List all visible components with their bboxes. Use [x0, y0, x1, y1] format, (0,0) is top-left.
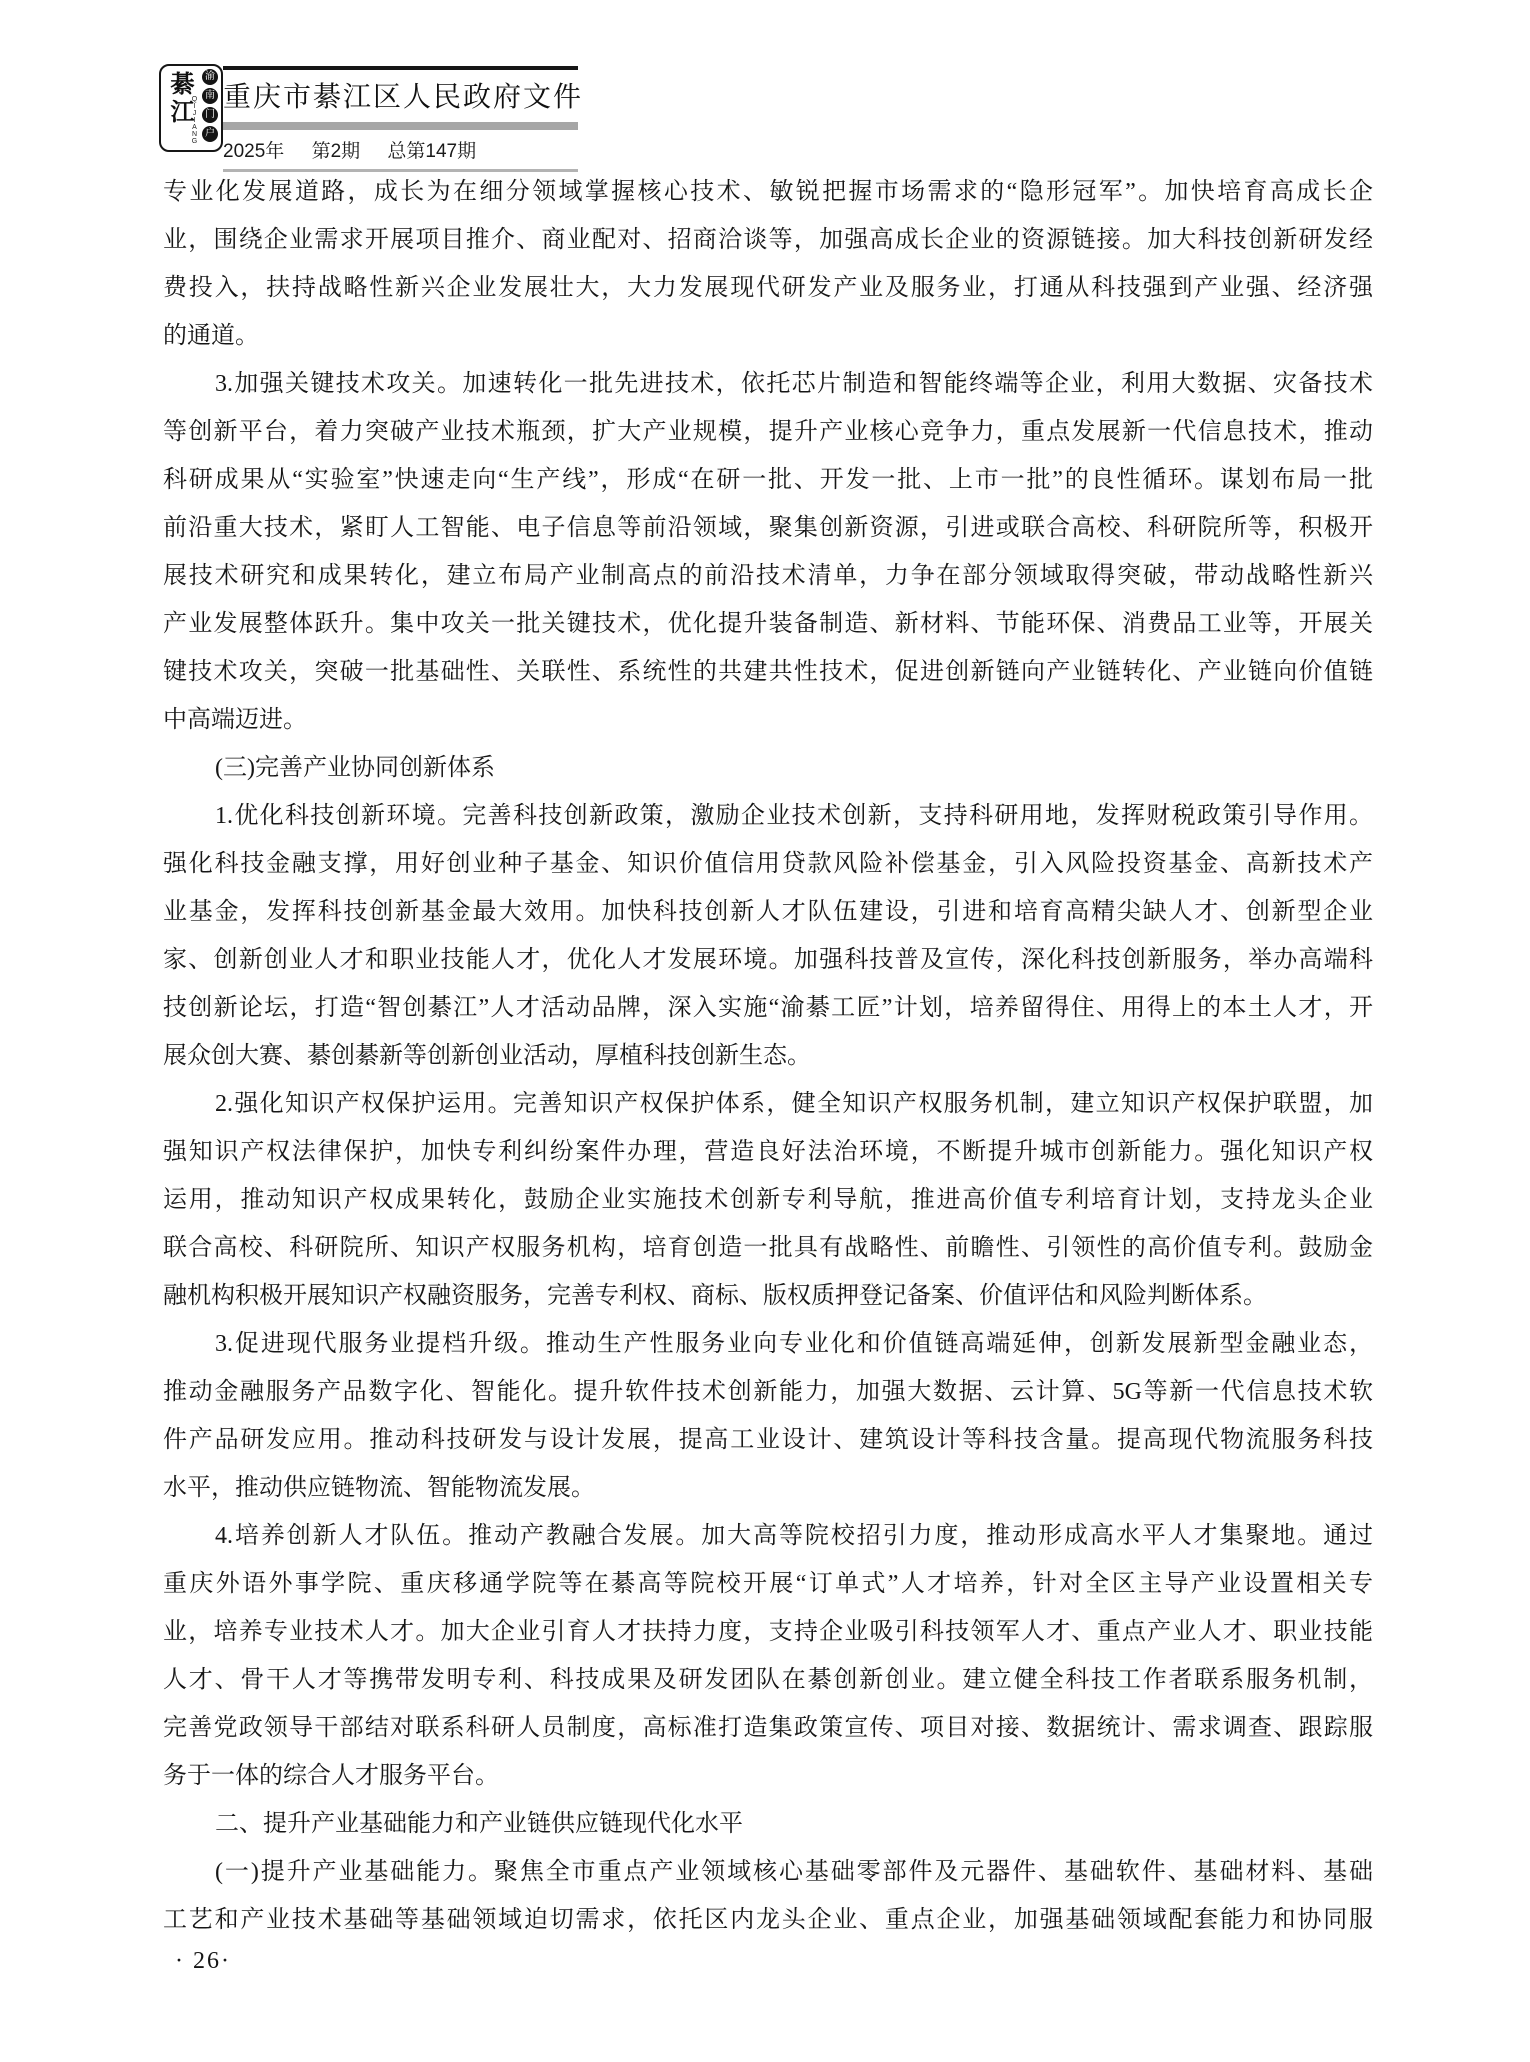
text-line: 融机构积极开展知识产权融资服务，完善专利权、商标、版权质押登记备案、价值评估和风… — [163, 1272, 1373, 1320]
text-line: 业基金，发挥科技创新基金最大效用。加快科技创新人才队伍建设，引进和培育高精尖缺人… — [163, 888, 1373, 936]
logo-calligraphy-text: 綦江 — [166, 71, 192, 127]
text-line: 产业发展整体跃升。集中攻关一批关键技术，优化提升装备制造、新材料、节能环保、消费… — [163, 600, 1373, 648]
issue-info: 2025年 第2期 总第147期 — [223, 136, 578, 163]
text-line: 推动金融服务产品数字化、智能化。提升软件技术创新能力，加强大数据、云计算、5G等… — [163, 1368, 1373, 1416]
text-line: 技创新论坛，打造“智创綦江”人才活动品牌，深入实施“渝綦工匠”计划，培养留得住、… — [163, 984, 1373, 1032]
text-line: 3.加强关键技术攻关。加速转化一批先进技术，依托芯片制造和智能终端等企业，利用大… — [163, 360, 1373, 408]
seal-icon: 南 — [202, 88, 218, 104]
text-line: 强化科技金融支撑，用好创业种子基金、知识价值信用贷款风险补偿基金，引入风险投资基… — [163, 840, 1373, 888]
text-line: 展技术研究和成果转化，建立布局产业制高点的前沿技术清单，力争在部分领域取得突破，… — [163, 552, 1373, 600]
text-line: 重庆外语外事学院、重庆移通学院等在綦高等院校开展“订单式”人才培养，针对全区主导… — [163, 1560, 1373, 1608]
masthead: 重庆市綦江区人民政府文件 2025年 第2期 总第147期 — [223, 66, 578, 172]
text-line: (一)提升产业基础能力。聚焦全市重点产业领域核心基础零部件及元器件、基础软件、基… — [163, 1848, 1373, 1896]
document-page: 綦江 QIJIANG 渝 南 门 户 重庆市綦江区人民政府文件 2025年 第2… — [0, 0, 1530, 2062]
seal-icon: 户 — [202, 126, 218, 142]
text-line: 联合高校、科研院所、知识产权服务机构，培育创造一批具有战略性、前瞻性、引领性的高… — [163, 1224, 1373, 1272]
text-line: 完善党政领导干部结对联系科研人员制度，高标准打造集政策宣传、项目对接、数据统计、… — [163, 1704, 1373, 1752]
text-line: 件产品研发应用。推动科技研发与设计发展，提高工业设计、建筑设计等科技含量。提高现… — [163, 1416, 1373, 1464]
text-line: 运用，推动知识产权成果转化，鼓励企业实施技术创新专利导航，推进高价值专利培育计划… — [163, 1176, 1373, 1224]
text-line: (三)完善产业协同创新体系 — [163, 744, 1373, 792]
issue-total: 总第147期 — [387, 141, 476, 162]
text-line: 3.促进现代服务业提档升级。推动生产性服务业向专业化和价值链高端延伸，创新发展新… — [163, 1320, 1373, 1368]
text-line: 键技术攻关，突破一批基础性、关联性、系统性的共建共性技术，促进创新链向产业链转化… — [163, 648, 1373, 696]
text-line: 等创新平台，着力突破产业技术瓶颈，扩大产业规模，提升产业核心竞争力，重点发展新一… — [163, 408, 1373, 456]
seal-icon: 门 — [202, 107, 218, 123]
text-line: 二、提升产业基础能力和产业链供应链现代化水平 — [163, 1800, 1373, 1848]
issue-year: 2025年 — [223, 141, 284, 162]
text-line: 业，培养专业技术人才。加大企业引育人才扶持力度，支持企业吸引科技领军人才、重点产… — [163, 1608, 1373, 1656]
issue-number: 第2期 — [312, 141, 361, 162]
text-line: 中高端迈进。 — [163, 696, 1373, 744]
seal-icon: 渝 — [202, 69, 218, 85]
text-line: 工艺和产业技术基础等基础领域迫切需求，依托区内龙头企业、重点企业，加强基础领域配… — [163, 1896, 1373, 1944]
text-line: 人才、骨干人才等携带发明专利、科技成果及研发团队在綦创新创业。建立健全科技工作者… — [163, 1656, 1373, 1704]
logo-romanized-text: QIJIANG — [191, 96, 198, 145]
government-logo: 綦江 QIJIANG 渝 南 门 户 — [159, 64, 223, 152]
text-line: 前沿重大技术，紧盯人工智能、电子信息等前沿领域，聚集创新资源，引进或联合高校、科… — [163, 504, 1373, 552]
masthead-top-rule — [223, 66, 578, 70]
text-line: 的通道。 — [163, 312, 1373, 360]
masthead-gray-bar — [223, 122, 578, 130]
text-line: 费投入，扶持战略性新兴企业发展壮大，大力发展现代研发产业及服务业，打通从科技强到… — [163, 264, 1373, 312]
text-line: 1.优化科技创新环境。完善科技创新政策，激励企业技术创新，支持科研用地，发挥财税… — [163, 792, 1373, 840]
document-title: 重庆市綦江区人民政府文件 — [223, 75, 578, 115]
text-line: 展众创大赛、綦创綦新等创新创业活动，厚植科技创新生态。 — [163, 1032, 1373, 1080]
text-line: 科研成果从“实验室”快速走向“生产线”，形成“在研一批、开发一批、上市一批”的良… — [163, 456, 1373, 504]
page-number: · 26· — [175, 1948, 231, 1975]
text-line: 业，围绕企业需求开展项目推介、商业配对、招商洽谈等，加强高成长企业的资源链接。加… — [163, 216, 1373, 264]
text-line: 强知识产权法律保护，加快专利纠纷案件办理，营造良好法治环境，不断提升城市创新能力… — [163, 1128, 1373, 1176]
text-line: 2.强化知识产权保护运用。完善知识产权保护体系，健全知识产权服务机制，建立知识产… — [163, 1080, 1373, 1128]
body-lines: 专业化发展道路，成长为在细分领域掌握核心技术、敏锐把握市场需求的“隐形冠军”。加… — [163, 168, 1373, 1944]
logo-seal-column: 渝 南 门 户 — [202, 69, 218, 142]
text-line: 专业化发展道路，成长为在细分领域掌握核心技术、敏锐把握市场需求的“隐形冠军”。加… — [163, 168, 1373, 216]
text-line: 务于一体的综合人才服务平台。 — [163, 1752, 1373, 1800]
text-line: 水平，推动供应链物流、智能物流发展。 — [163, 1464, 1373, 1512]
text-line: 家、创新创业人才和职业技能人才，优化人才发展环境。加强科技普及宣传，深化科技创新… — [163, 936, 1373, 984]
text-line: 4.培养创新人才队伍。推动产教融合发展。加大高等院校招引力度，推动形成高水平人才… — [163, 1512, 1373, 1560]
